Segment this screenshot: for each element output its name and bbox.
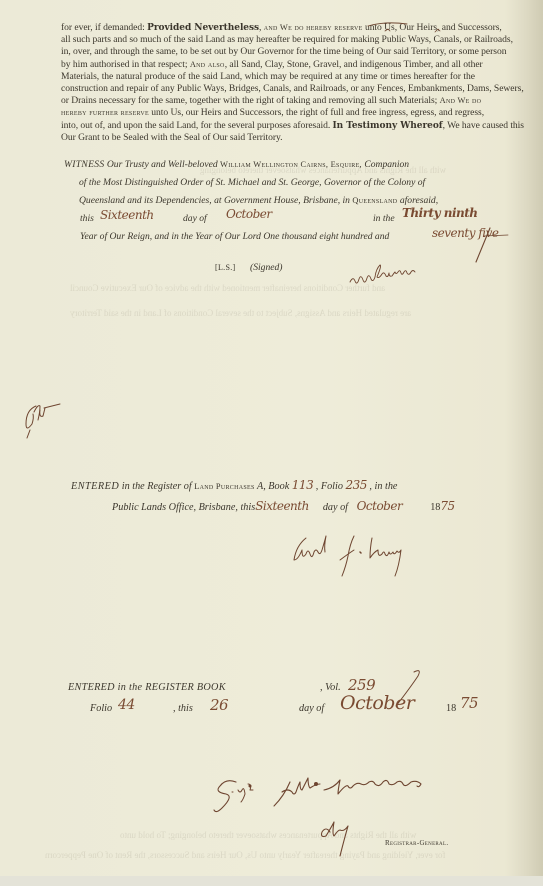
grant-line-6: construction and repair of any Public Wa… [61, 83, 475, 95]
handwritten-month: October [340, 692, 414, 714]
in-the-label: in the [373, 213, 395, 224]
entered-label: ENTERED [71, 481, 119, 492]
handwritten-flourish [470, 226, 510, 266]
governor-name: William Wellington Cairns, Esquire, [220, 160, 362, 169]
seal-marker: [L.S.] [215, 263, 235, 272]
text: Companion [362, 159, 409, 170]
grant-line-8: hereby further reserve unto Us, our Heir… [61, 107, 475, 119]
grant-line-10: Our Grant to be Sealed with the Seal of … [61, 132, 475, 144]
grant-reservation-paragraph: for ever, if demanded: Provided Neverthe… [61, 22, 475, 144]
bleed-through-text: and further Conditions hereinafter menti… [70, 283, 385, 293]
bleed-through-text: are regulated Heirs and Assigns, Subject… [70, 308, 411, 318]
registrar-general-label: Registrar-General. [385, 839, 448, 847]
this-label: , this [173, 703, 193, 714]
text: aforesaid, [397, 195, 438, 206]
registrar-signature [210, 768, 490, 863]
in-testimony-whereof-text: In Testimony Whereof [333, 121, 443, 131]
handwritten-folio-number: 235 [345, 478, 366, 492]
handwritten-correction-mark [365, 18, 465, 38]
grant-line-5: Materials, the natural produce of the sa… [61, 71, 475, 83]
text: Our Trusty and Well-beloved [104, 159, 220, 170]
reserve-clause-text: and We do hereby reserve [264, 23, 363, 32]
text: Public Lands Office, Brisbane, this [112, 502, 255, 513]
text: , Folio [313, 481, 345, 492]
text: Queensland and its Dependencies, at Gove… [79, 195, 352, 206]
witness-line-2: of the Most Distinguished Order of St. M… [79, 174, 425, 191]
witness-line-1: WITNESS Our Trusty and Well-beloved Will… [64, 156, 476, 173]
year-prefix: 18 [430, 502, 440, 513]
day-of-label: day of [323, 502, 348, 513]
text: , all Sand, Clay, Stone, Gravel, and ind… [225, 59, 483, 70]
text: by him authorised in that respect; [61, 59, 190, 70]
vol-label: , Vol. [320, 682, 341, 693]
and-we-do-text: And We do [440, 96, 482, 105]
handwritten-day: Sixteenth [100, 208, 154, 222]
land-purchases-label: Land Purchases [194, 482, 254, 491]
text: , We have caused this [443, 120, 524, 131]
handwritten-reign-year: Thirty ninth [402, 206, 478, 220]
page-bottom-edge [0, 876, 543, 886]
year-prefix: 18 [446, 703, 456, 714]
handwritten-year: 75 [440, 499, 454, 513]
folio-label: Folio [90, 703, 112, 714]
text: for ever, if demanded: [61, 22, 147, 33]
this-label: this [80, 213, 94, 224]
land-purchases-line-2: Public Lands Office, Brisbane, thisSixte… [112, 499, 455, 513]
day-of-label: day of [183, 213, 207, 224]
queensland-text: Queensland [352, 196, 397, 205]
and-also-text: And also [190, 60, 225, 69]
witness-line-5: Year of Our Reign, and in the Year of Ou… [80, 231, 389, 242]
witness-clause: WITNESS Our Trusty and Well-beloved Will… [64, 156, 476, 236]
text: unto Us, our Heirs and Successors, the r… [149, 107, 484, 118]
witness-label: WITNESS [64, 159, 104, 170]
handwritten-day: Sixteenth [255, 499, 309, 513]
text: , in the [367, 481, 398, 492]
register-book-label: ENTERED in the REGISTER BOOK [68, 682, 226, 693]
handwritten-book-number: 113 [292, 478, 313, 492]
handwritten-month: October [357, 499, 403, 513]
land-purchases-line-1: ENTERED in the Register of Land Purchase… [71, 478, 397, 492]
grant-line-7: or Drains necessary for the same, togeth… [61, 95, 475, 107]
further-reserve-text: hereby further reserve [61, 108, 149, 117]
grant-line-4: by him authorised in that respect; And a… [61, 59, 475, 71]
provided-nevertheless-text: Provided Nevertheless [147, 23, 259, 33]
handwritten-month: October [226, 207, 272, 221]
handwritten-year: 75 [460, 694, 478, 712]
grant-line-9: into, out of, and upon the said Land, fo… [61, 120, 475, 132]
grant-line-3: in, over, and through the same, to be se… [61, 46, 475, 58]
handwritten-day: 26 [210, 696, 228, 714]
signed-label: (Signed) [250, 262, 283, 273]
text: into, out of, and upon the said Land, fo… [61, 120, 333, 131]
day-of-label: day of [299, 703, 324, 714]
handwritten-folio: 44 [118, 697, 135, 713]
text: in the Register of [119, 481, 194, 492]
text: A, Book [255, 481, 292, 492]
text: or Drains necessary for the same, togeth… [61, 95, 440, 106]
